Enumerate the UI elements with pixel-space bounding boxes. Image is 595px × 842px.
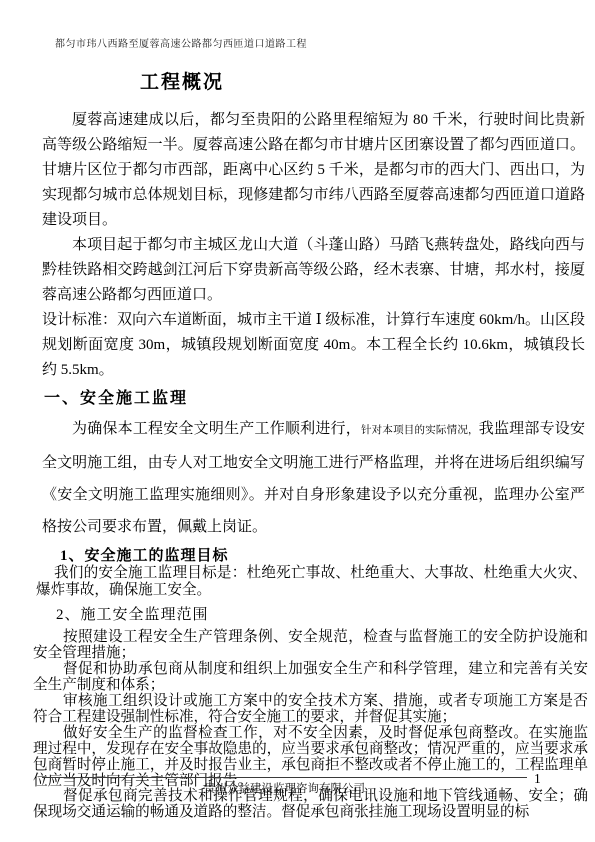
safety-intro-paragraph: 为确保本工程安全文明生产工作顺利进行，针对本项目的实际情况，我监理部专设安全文明… xyxy=(42,413,585,543)
design-standard-paragraph: 设计标准：双向六车道断面，城市主干道 Ⅰ 级标准，计算行车速度 60km/h。山… xyxy=(42,308,585,383)
overview-paragraph-2: 本项目起于都匀市主城区龙山大道（斗蓬山路）马踏飞燕转盘处，路线向西与黔桂铁路相交… xyxy=(42,233,585,308)
safety-intro-part1: 为确保本工程安全文明生产工作顺利进行， xyxy=(72,421,361,437)
safety-intro-part2: 我监理部专设安全文明施工组，由专人对工地安全文明施工进行严格监理，并将在进场后组… xyxy=(42,421,585,535)
section-heading-safety-supervision: 一、安全施工监理 xyxy=(44,388,595,410)
running-header: 都匀市玮八西路至厦蓉高速公路都匀西匝道口道路工程 xyxy=(55,38,595,51)
subsection-heading-supervision-goals: 1、安全施工的监理目标 xyxy=(60,547,595,565)
supervision-goals-paragraph: 我们的安全施工监理目标是：杜绝死亡事故、杜绝重大、大事故、杜绝重大火灾、爆炸事故… xyxy=(36,565,587,599)
footer-company-name: 贵州众益建设监理咨询有限公司 xyxy=(42,780,527,796)
scope-item-3: 审核施工组织设计或施工方案中的安全技术方案、措施，或者专项施工方案是否符合工程建… xyxy=(33,694,588,726)
page-number: 1 xyxy=(534,771,541,787)
footer-divider xyxy=(42,777,527,778)
document-page: 都匀市玮八西路至厦蓉高速公路都匀西匝道口道路工程 工程概况 厦蓉高速建成以后，都… xyxy=(0,0,595,842)
document-title: 工程概况 xyxy=(140,71,595,95)
safety-intro-small-text: 针对本项目的实际情况， xyxy=(361,425,479,436)
scope-item-1: 按照建设工程安全生产管理条例、安全规范，检查与监督施工的安全防护设施和安全管理措… xyxy=(33,630,588,662)
overview-paragraph-1: 厦蓉高速建成以后，都匀至贵阳的公路里程缩短为 80 千米，行驶时间比贵新高等级公… xyxy=(42,108,585,233)
scope-item-2: 督促和协助承包商从制度和组织上加强安全生产和科学管理，建立和完善有关安全生产制度… xyxy=(33,662,588,694)
subsection-heading-supervision-scope: 2、施工安全监理范围 xyxy=(56,606,595,624)
